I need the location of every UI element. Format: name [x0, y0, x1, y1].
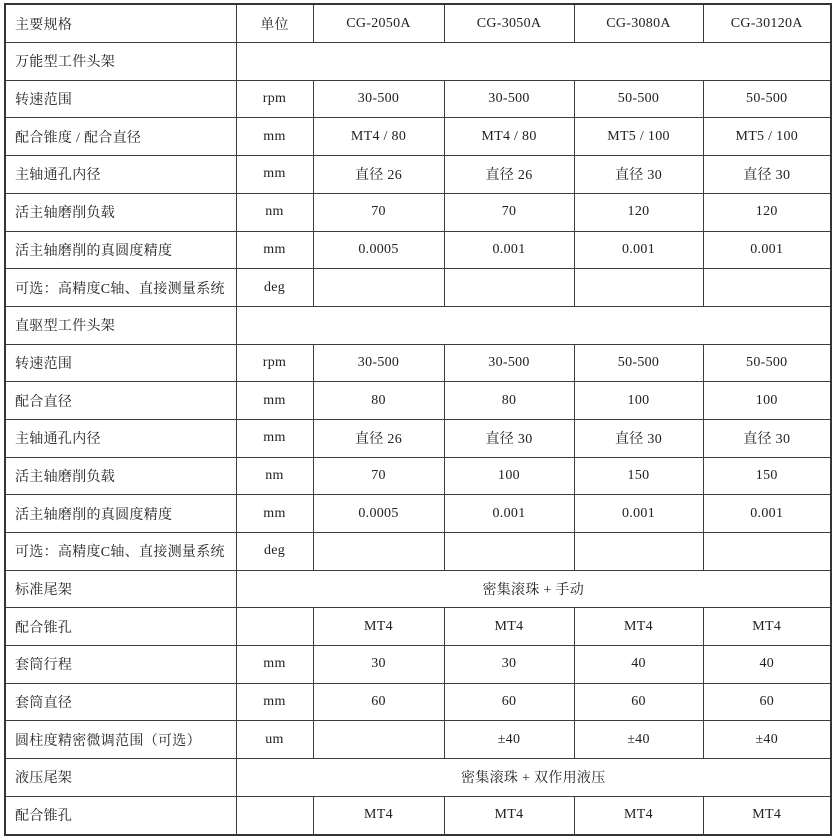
value-cell-model-1: 100 — [444, 457, 574, 495]
unit-cell: mm — [236, 156, 313, 194]
value-cell-model-2: 50-500 — [574, 344, 703, 382]
value-cell-model-0: 直径 26 — [313, 156, 444, 194]
value-cell-model-3: 直径 30 — [703, 156, 831, 194]
spec-label: 可选：高精度C轴、直接测量系统 — [5, 269, 236, 307]
value-cell-model-3: 60 — [703, 683, 831, 721]
value-cell-model-1: 80 — [444, 382, 574, 420]
value-cell-model-2: 直径 30 — [574, 156, 703, 194]
unit-cell: mm — [236, 495, 313, 533]
value-cell-model-0 — [313, 269, 444, 307]
unit-cell: mm — [236, 382, 313, 420]
value-cell-model-3: 50-500 — [703, 344, 831, 382]
value-cell-model-0: MT4 / 80 — [313, 118, 444, 156]
value-cell-model-2: 150 — [574, 457, 703, 495]
spec-row: 套筒直径mm60606060 — [5, 683, 831, 721]
value-cell-model-1 — [444, 269, 574, 307]
spec-label: 配合锥度 / 配合直径 — [5, 118, 236, 156]
value-cell-model-3: 120 — [703, 193, 831, 231]
spec-label: 可选：高精度C轴、直接测量系统 — [5, 533, 236, 571]
spec-table: 主要规格 单位 CG-2050A CG-3050A CG-3080A CG-30… — [4, 3, 832, 836]
value-cell-model-2 — [574, 533, 703, 571]
unit-cell: mm — [236, 419, 313, 457]
spec-label: 活主轴磨削的真圆度精度 — [5, 495, 236, 533]
header-model-cg30120a: CG-30120A — [703, 4, 831, 43]
value-cell-model-3: 0.001 — [703, 231, 831, 269]
spec-label: 主轴通孔内径 — [5, 419, 236, 457]
value-cell-model-3: 50-500 — [703, 80, 831, 118]
unit-cell: rpm — [236, 80, 313, 118]
value-cell-model-1: MT4 / 80 — [444, 118, 574, 156]
value-cell-model-2: 0.001 — [574, 231, 703, 269]
value-cell-model-0: 30-500 — [313, 80, 444, 118]
section-label: 液压尾架 — [5, 759, 236, 797]
spec-label: 配合直径 — [5, 382, 236, 420]
value-cell-model-2: ±40 — [574, 721, 703, 759]
spec-label: 转速范围 — [5, 344, 236, 382]
value-cell-model-3: 0.001 — [703, 495, 831, 533]
section-span-value: 密集滚珠 + 手动 — [236, 570, 831, 608]
value-cell-model-2: MT5 / 100 — [574, 118, 703, 156]
unit-cell: mm — [236, 231, 313, 269]
header-model-cg2050a: CG-2050A — [313, 4, 444, 43]
spec-row: 主轴通孔内径mm直径 26直径 30直径 30直径 30 — [5, 419, 831, 457]
spec-label: 主轴通孔内径 — [5, 156, 236, 194]
value-cell-model-0: 直径 26 — [313, 419, 444, 457]
section-row: 液压尾架密集滚珠 + 双作用液压 — [5, 759, 831, 797]
value-cell-model-0 — [313, 533, 444, 571]
value-cell-model-1: 30-500 — [444, 344, 574, 382]
value-cell-model-0: 60 — [313, 683, 444, 721]
spec-row: 活主轴磨削的真圆度精度mm0.00050.0010.0010.001 — [5, 231, 831, 269]
section-row: 万能型工件头架 — [5, 43, 831, 81]
section-label: 标准尾架 — [5, 570, 236, 608]
value-cell-model-3: MT4 — [703, 608, 831, 646]
spec-row: 套筒行程mm30304040 — [5, 646, 831, 684]
spec-row: 活主轴磨削负载nm70100150150 — [5, 457, 831, 495]
spec-row: 圆柱度精密微调范围（可选）um±40±40±40 — [5, 721, 831, 759]
section-span-value: 密集滚珠 + 双作用液压 — [236, 759, 831, 797]
value-cell-model-3: 150 — [703, 457, 831, 495]
value-cell-model-0: 80 — [313, 382, 444, 420]
spec-row: 转速范围rpm30-50030-50050-50050-500 — [5, 344, 831, 382]
unit-cell: um — [236, 721, 313, 759]
spec-label: 配合锥孔 — [5, 796, 236, 835]
spec-row: 配合锥孔MT4MT4MT4MT4 — [5, 796, 831, 835]
value-cell-model-1: 60 — [444, 683, 574, 721]
spec-table-container: 主要规格 单位 CG-2050A CG-3050A CG-3080A CG-30… — [4, 3, 832, 836]
spec-row: 活主轴磨削的真圆度精度mm0.00050.0010.0010.001 — [5, 495, 831, 533]
section-span-value — [236, 306, 831, 344]
spec-label: 转速范围 — [5, 80, 236, 118]
header-model-cg3080a: CG-3080A — [574, 4, 703, 43]
section-row: 标准尾架密集滚珠 + 手动 — [5, 570, 831, 608]
value-cell-model-1: 70 — [444, 193, 574, 231]
value-cell-model-3: 100 — [703, 382, 831, 420]
value-cell-model-2: MT4 — [574, 608, 703, 646]
value-cell-model-3 — [703, 533, 831, 571]
unit-cell: mm — [236, 646, 313, 684]
value-cell-model-2 — [574, 269, 703, 307]
value-cell-model-0: 30 — [313, 646, 444, 684]
spec-row: 可选：高精度C轴、直接测量系统deg — [5, 269, 831, 307]
section-label: 直驱型工件头架 — [5, 306, 236, 344]
value-cell-model-3: 直径 30 — [703, 419, 831, 457]
value-cell-model-2: 120 — [574, 193, 703, 231]
spec-table-body: 主要规格 单位 CG-2050A CG-3050A CG-3080A CG-30… — [5, 4, 831, 835]
value-cell-model-0: MT4 — [313, 796, 444, 835]
spec-row: 可选：高精度C轴、直接测量系统deg — [5, 533, 831, 571]
header-row: 主要规格 单位 CG-2050A CG-3050A CG-3080A CG-30… — [5, 4, 831, 43]
value-cell-model-1: ±40 — [444, 721, 574, 759]
spec-label: 活主轴磨削的真圆度精度 — [5, 231, 236, 269]
unit-cell: rpm — [236, 344, 313, 382]
unit-cell: mm — [236, 118, 313, 156]
section-row: 直驱型工件头架 — [5, 306, 831, 344]
unit-cell: deg — [236, 533, 313, 571]
header-unit-label: 单位 — [236, 4, 313, 43]
value-cell-model-2: 40 — [574, 646, 703, 684]
value-cell-model-1: 直径 26 — [444, 156, 574, 194]
section-label: 万能型工件头架 — [5, 43, 236, 81]
value-cell-model-1 — [444, 533, 574, 571]
unit-cell: nm — [236, 457, 313, 495]
value-cell-model-1: 30-500 — [444, 80, 574, 118]
value-cell-model-1: 直径 30 — [444, 419, 574, 457]
header-model-cg3050a: CG-3050A — [444, 4, 574, 43]
value-cell-model-1: 0.001 — [444, 231, 574, 269]
value-cell-model-0 — [313, 721, 444, 759]
value-cell-model-3: ±40 — [703, 721, 831, 759]
spec-row: 配合锥孔MT4MT4MT4MT4 — [5, 608, 831, 646]
value-cell-model-0: MT4 — [313, 608, 444, 646]
value-cell-model-3 — [703, 269, 831, 307]
unit-cell: deg — [236, 269, 313, 307]
value-cell-model-0: 70 — [313, 193, 444, 231]
value-cell-model-2: 100 — [574, 382, 703, 420]
spec-row: 转速范围rpm30-50030-50050-50050-500 — [5, 80, 831, 118]
value-cell-model-2: 直径 30 — [574, 419, 703, 457]
value-cell-model-3: 40 — [703, 646, 831, 684]
value-cell-model-2: 60 — [574, 683, 703, 721]
unit-cell: mm — [236, 683, 313, 721]
spec-label: 配合锥孔 — [5, 608, 236, 646]
value-cell-model-0: 0.0005 — [313, 231, 444, 269]
spec-label: 活主轴磨削负载 — [5, 193, 236, 231]
spec-label: 套筒行程 — [5, 646, 236, 684]
value-cell-model-1: 0.001 — [444, 495, 574, 533]
spec-row: 主轴通孔内径mm直径 26直径 26直径 30直径 30 — [5, 156, 831, 194]
unit-cell — [236, 608, 313, 646]
unit-cell — [236, 796, 313, 835]
spec-label: 活主轴磨削负载 — [5, 457, 236, 495]
value-cell-model-2: 0.001 — [574, 495, 703, 533]
value-cell-model-1: 30 — [444, 646, 574, 684]
value-cell-model-2: MT4 — [574, 796, 703, 835]
value-cell-model-3: MT5 / 100 — [703, 118, 831, 156]
spec-label: 套筒直径 — [5, 683, 236, 721]
value-cell-model-0: 70 — [313, 457, 444, 495]
header-spec-label: 主要规格 — [5, 4, 236, 43]
value-cell-model-3: MT4 — [703, 796, 831, 835]
spec-row: 活主轴磨削负载nm7070120120 — [5, 193, 831, 231]
value-cell-model-0: 30-500 — [313, 344, 444, 382]
value-cell-model-0: 0.0005 — [313, 495, 444, 533]
unit-cell: nm — [236, 193, 313, 231]
spec-row: 配合直径mm8080100100 — [5, 382, 831, 420]
spec-label: 圆柱度精密微调范围（可选） — [5, 721, 236, 759]
value-cell-model-2: 50-500 — [574, 80, 703, 118]
value-cell-model-1: MT4 — [444, 608, 574, 646]
section-span-value — [236, 43, 831, 81]
spec-row: 配合锥度 / 配合直径mmMT4 / 80MT4 / 80MT5 / 100MT… — [5, 118, 831, 156]
value-cell-model-1: MT4 — [444, 796, 574, 835]
